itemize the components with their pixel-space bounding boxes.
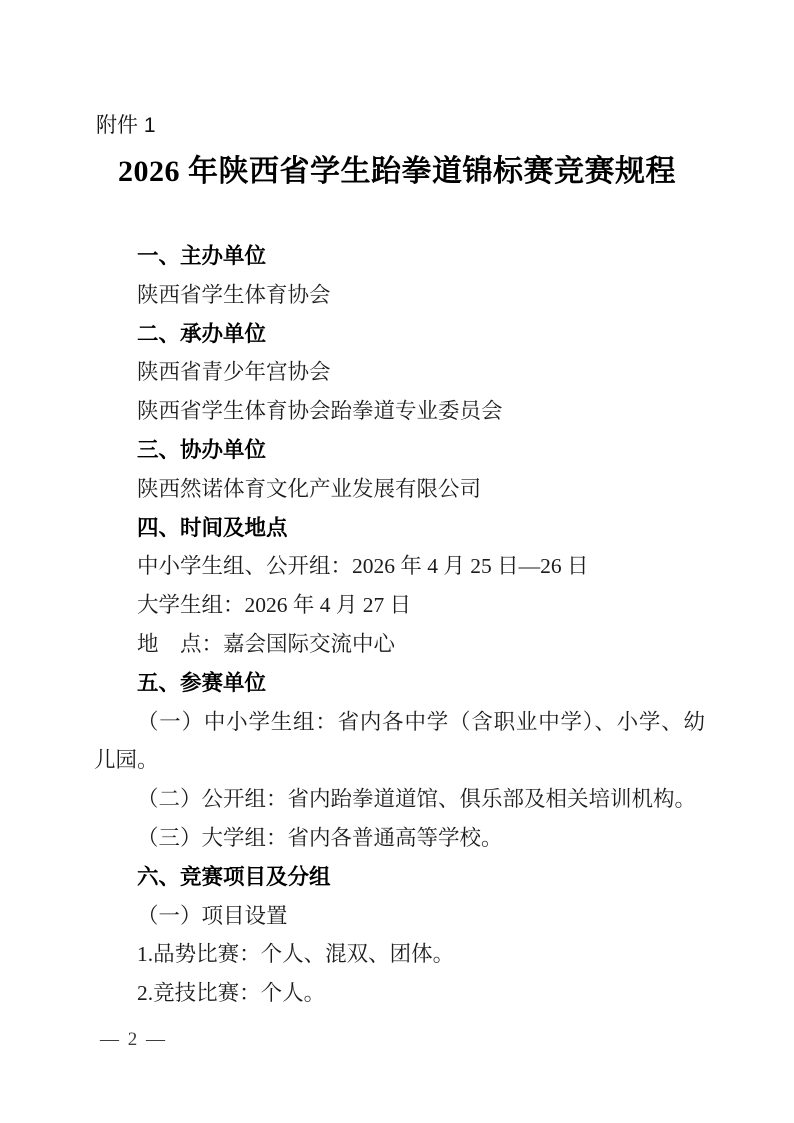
document-body: 一、主办单位 陕西省学生体育协会 二、承办单位 陕西省青少年宫协会 陕西省学生体… — [94, 237, 705, 1013]
paragraph-participants-school: （一）中小学生组：省内各中学（含职业中学）、小学、幼儿园。 — [94, 703, 705, 781]
paragraph-organizer-2: 陕西省学生体育协会跆拳道专业委员会 — [94, 392, 705, 431]
section-heading-participants: 五、参赛单位 — [94, 664, 705, 703]
document-page: 附件 1 2026 年陕西省学生跆拳道锦标赛竞赛规程 一、主办单位 陕西省学生体… — [0, 0, 794, 1123]
paragraph-time-university-group: 大学生组：2026 年 4 月 27 日 — [94, 586, 705, 625]
paragraph-co-organizer: 陕西然诺体育文化产业发展有限公司 — [94, 470, 705, 509]
paragraph-host-unit: 陕西省学生体育协会 — [94, 276, 705, 315]
paragraph-venue: 地 点：嘉会国际交流中心 — [94, 625, 705, 664]
paragraph-participants-open: （二）公开组：省内跆拳道道馆、俱乐部及相关培训机构。 — [94, 780, 705, 819]
paragraph-organizer-1: 陕西省青少年宫协会 — [94, 353, 705, 392]
section-heading-events-groups: 六、竞赛项目及分组 — [94, 858, 705, 897]
page-number: — 2 — — [100, 1029, 167, 1051]
paragraph-poomsae-events: 1.品势比赛：个人、混双、团体。 — [94, 935, 705, 974]
paragraph-event-setup: （一）项目设置 — [94, 897, 705, 936]
paragraph-kyorugi-events: 2.竞技比赛：个人。 — [94, 974, 705, 1013]
attachment-label: 附件 1 — [96, 109, 156, 139]
document-title: 2026 年陕西省学生跆拳道锦标赛竞赛规程 — [40, 146, 754, 190]
section-heading-organizer-unit: 二、承办单位 — [94, 315, 705, 354]
section-heading-co-organizer: 三、协办单位 — [94, 431, 705, 470]
paragraph-participants-university: （三）大学组：省内各普通高等学校。 — [94, 819, 705, 858]
section-heading-host-unit: 一、主办单位 — [94, 237, 705, 276]
section-heading-time-venue: 四、时间及地点 — [94, 509, 705, 548]
paragraph-time-school-open-group: 中小学生组、公开组：2026 年 4 月 25 日—26 日 — [94, 547, 705, 586]
